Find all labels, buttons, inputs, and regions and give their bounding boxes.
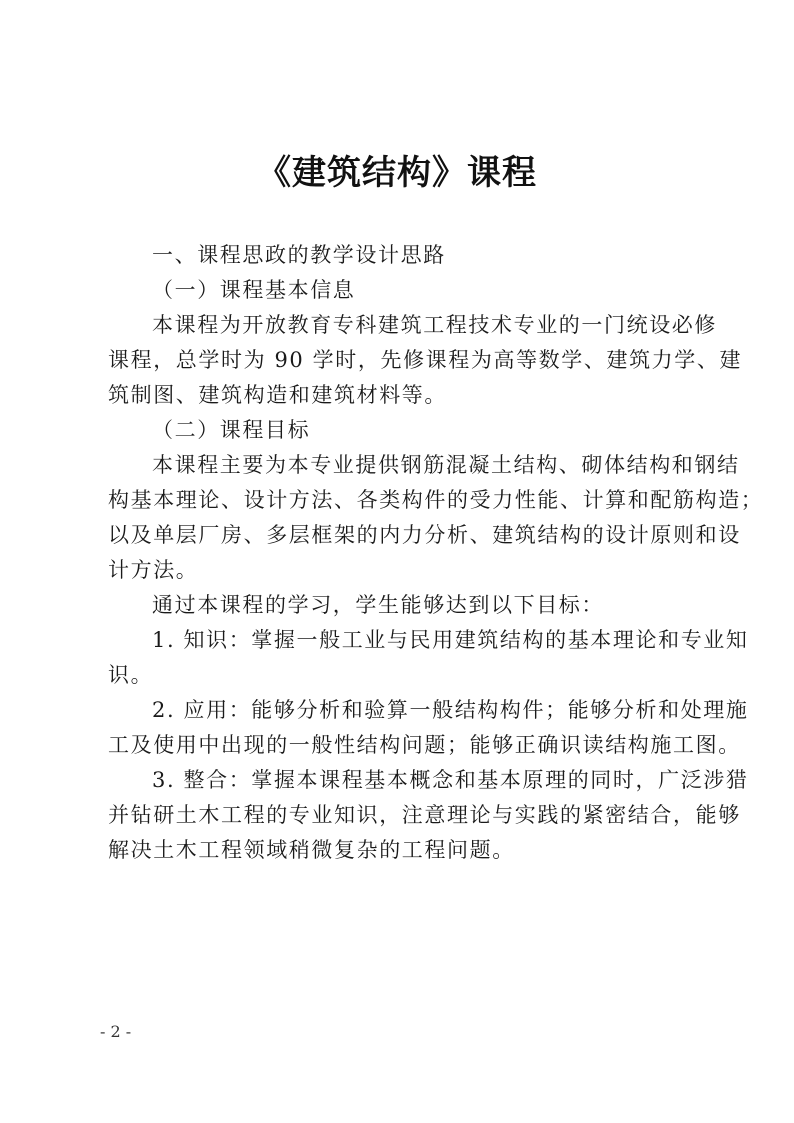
- list-item-application-cont: 工及使用中出现的一般性结构问题；能够正确识读结构施工图。: [108, 728, 696, 763]
- paragraph-line: 课程，总学时为 90 学时，先修课程为高等数学、建筑力学、建: [108, 343, 696, 378]
- document-title: 《建筑结构》课程: [0, 145, 794, 194]
- subsection-heading-objectives: （二）课程目标: [108, 413, 696, 448]
- paragraph-line: 以及单层厂房、多层框架的内力分析、建筑结构的设计原则和设: [108, 518, 696, 553]
- list-item-integration-cont: 解决土木工程领域稍微复杂的工程问题。: [108, 833, 696, 868]
- paragraph-line: 构基本理论、设计方法、各类构件的受力性能、计算和配筋构造；: [108, 483, 696, 518]
- document-page: 《建筑结构》课程 一、课程思政的教学设计思路 （一）课程基本信息 本课程为开放教…: [0, 0, 794, 1123]
- list-item-integration: 3. 整合：掌握本课程基本概念和基本原理的同时，广泛涉猎: [108, 763, 696, 798]
- list-item-application: 2. 应用：能够分析和验算一般结构构件；能够分析和处理施: [108, 693, 696, 728]
- list-item-knowledge: 1. 知识：掌握一般工业与民用建筑结构的基本理论和专业知: [108, 623, 696, 658]
- document-body: 一、课程思政的教学设计思路 （一）课程基本信息 本课程为开放教育专科建筑工程技术…: [108, 238, 696, 868]
- paragraph-line: 筑制图、建筑构造和建筑材料等。: [108, 378, 696, 413]
- paragraph-line: 本课程为开放教育专科建筑工程技术专业的一门统设必修: [108, 308, 696, 343]
- subsection-heading-basic-info: （一）课程基本信息: [108, 273, 696, 308]
- paragraph-line: 本课程主要为本专业提供钢筋混凝土结构、砌体结构和钢结: [108, 448, 696, 483]
- paragraph-line: 通过本课程的学习，学生能够达到以下目标：: [108, 588, 696, 623]
- paragraph-line: 计方法。: [108, 553, 696, 588]
- section-heading-1: 一、课程思政的教学设计思路: [108, 238, 696, 273]
- list-item-knowledge-cont: 识。: [108, 658, 696, 693]
- page-number: - 2 -: [100, 1022, 131, 1041]
- list-item-integration-cont: 并钻研土木工程的专业知识，注意理论与实践的紧密结合，能够: [108, 798, 696, 833]
